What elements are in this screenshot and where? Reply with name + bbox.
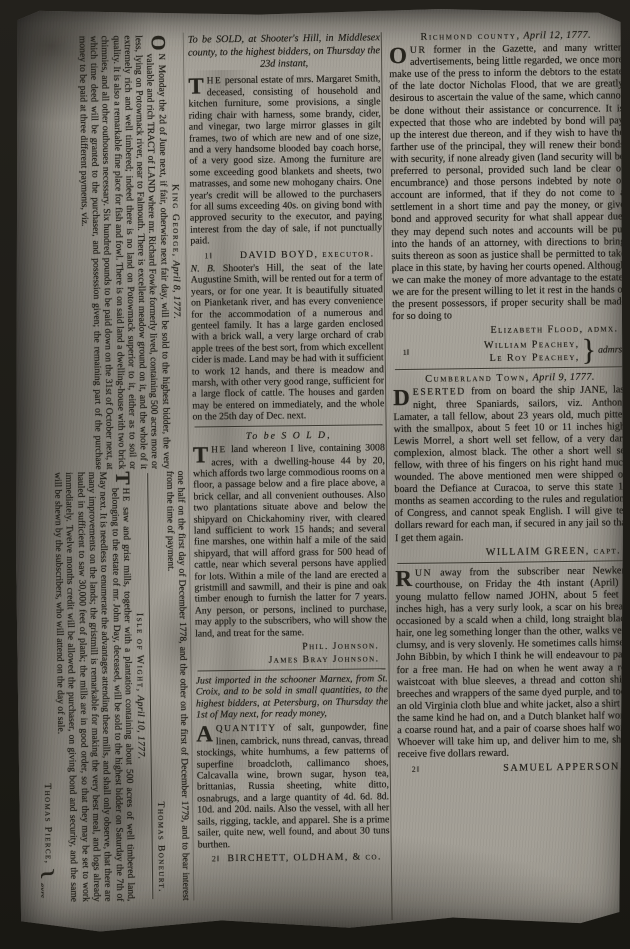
- king-george-date: April 8, 1777.: [170, 258, 182, 320]
- estate-ad-body: THE personal estate of mrs. Margaret Smi…: [188, 73, 382, 247]
- elizabeth-flood-signature: Elizabeth Flood, admx.: [490, 323, 623, 337]
- brace-glyph: }: [581, 338, 596, 364]
- land-ad-signature-line-2: James Bray Johnson.: [195, 654, 387, 668]
- land-ad-signature-line-1: Phil. Johnson.: [195, 640, 387, 654]
- birchett-oldham-signature: BIRCHETT, OLDHAM, & co.: [227, 851, 390, 864]
- printers-mark: 2‖: [212, 853, 220, 865]
- peachey-signers: William Peachey, Le Roy Peachey,: [484, 338, 580, 365]
- cargo-ad-body: AQUANTITY of salt, gunpowder, fine linen…: [196, 722, 390, 851]
- isle-of-wight-lead: HE: [121, 488, 131, 503]
- deserted-notice-body: DESERTED from on board the ship JANE, la…: [393, 385, 623, 545]
- flood-notice-body: OUR former in the Gazette, and many writ…: [389, 42, 623, 323]
- newspaper-scan-canvas: King George, April 8, 1777. ON Monday th…: [0, 0, 630, 949]
- right-column: Richmond county, April 12, 1777. OUR for…: [389, 27, 623, 778]
- executors-label: exrs.: [36, 883, 48, 903]
- dropcap-a: A: [196, 724, 216, 744]
- newspaper-page: King George, April 8, 1777. ON Monday th…: [15, 9, 623, 938]
- green-signature-line: WILLAIM GREEN, capt.: [395, 545, 623, 560]
- cargo-ad-signature-line: 2‖ BIRCHETT, OLDHAM, & co.: [198, 851, 390, 865]
- deserted-notice-lead: ESERTED: [413, 387, 466, 399]
- willaim-green-signature: WILLAIM GREEN, capt.: [486, 545, 623, 559]
- printers-mark: 2‖: [412, 764, 420, 776]
- deserted-notice-text: from on board the ship JANE, last night,…: [393, 385, 623, 544]
- estate-ad-nb: N. B. Shooter's Hill, the seat of the la…: [191, 261, 385, 423]
- apperson-signature-line: 2‖ SAMUEL APPERSON.: [398, 761, 623, 776]
- king-george-signature: Thomas Boneurt.: [155, 802, 168, 901]
- page-content: King George, April 8, 1777. ON Monday th…: [15, 9, 623, 938]
- article-divider: [397, 560, 623, 564]
- cargo-ad-intro: Just imported in the schooner Marnex, fr…: [196, 673, 389, 721]
- shooters-hill-sale-header: To be SOLD, at Shooter's Hill, in Middle…: [188, 32, 380, 72]
- estate-ad-lead: HE: [207, 76, 223, 86]
- dropcap-o: O: [389, 45, 410, 65]
- signer-william-peachey: William Peachey,: [484, 338, 580, 352]
- dropcap-t: T: [113, 471, 131, 488]
- estate-ad-signature-line: 1‖ DAVID BOYD, executor.: [190, 248, 382, 262]
- cargo-ad-lead: QUANTITY: [216, 724, 277, 735]
- article-divider: [395, 367, 623, 371]
- peachey-signature-block: 1‖ William Peachey, Le Roy Peachey, } ad…: [393, 338, 623, 367]
- david-boyd-signature: DAVID BOYD, executor.: [240, 248, 383, 261]
- runaway-notice-text: away from the subscriber near Newkent co…: [396, 565, 623, 760]
- to-be-sold-heading: To be S O L D,: [193, 429, 385, 443]
- rotated-ad-isle-of-wight: one half on the first day of December 17…: [36, 471, 191, 903]
- signer-thomas-pierce: Thomas Pierce,: [41, 783, 55, 864]
- phil-johnson-signature: Phil. Johnson.: [302, 640, 387, 652]
- richmond-date: April 12, 1777.: [521, 30, 592, 42]
- land-ad-lead: HE: [211, 445, 227, 455]
- isle-of-wight-date: April 10, 1777.: [135, 693, 147, 760]
- land-ad-text: land whereon I live, containing 3008 acr…: [193, 442, 387, 639]
- middle-column: To be SOLD, at Shooter's Hill, in Middle…: [188, 32, 390, 867]
- dropcap-t: T: [193, 444, 212, 464]
- king-george-continuation-text: one half on the first day of December 17…: [164, 471, 192, 901]
- samuel-apperson-signature: SAMUEL APPERSON.: [503, 761, 623, 775]
- james-bray-johnson-signature: James Bray Johnson.: [268, 654, 387, 667]
- king-george-continuation: one half on the first day of December 17…: [163, 471, 191, 901]
- admrs-label: admrs.: [598, 345, 623, 357]
- cumberland-place: Cumberland Town,: [425, 373, 530, 385]
- dropcap-d: D: [393, 387, 413, 407]
- signer-le-roy-peachey: Le Roy Peachey,: [484, 351, 580, 365]
- dropcap-o: O: [148, 35, 166, 54]
- article-divider: [195, 424, 383, 427]
- estate-ad-text: personal estate of mrs. Margaret Smith, …: [189, 73, 383, 247]
- rotated-ad-king-george: King George, April 8, 1777. ON Monday th…: [31, 35, 186, 471]
- cargo-ad-text: of salt, gunpowder, fine linen, cambrick…: [196, 722, 389, 850]
- king-george-lead: N: [157, 53, 167, 61]
- flood-notice-text: former in the Gazette, and many written …: [389, 42, 623, 322]
- king-george-body: ON Monday the 2d of June next, if fair, …: [76, 35, 172, 470]
- brace-glyph: }: [36, 866, 55, 881]
- flood-notice-lead: UR: [410, 45, 427, 56]
- article-divider: [198, 668, 386, 671]
- runaway-notice-lead: UN: [415, 567, 432, 578]
- dropcap-t: T: [188, 75, 207, 95]
- isle-of-wight-signers: Thomas Pierce, William Davis,: [36, 783, 55, 864]
- runaway-notice-body: RUN away from the subscriber near Newken…: [395, 565, 623, 761]
- nb-lead: N. B.: [191, 263, 216, 274]
- dropcap-r: R: [395, 568, 415, 588]
- isle-of-wight-place: Isle of Wight,: [134, 613, 146, 693]
- richmond-place: Richmond county,: [420, 31, 520, 43]
- cumberland-date: April 9, 1777.: [530, 372, 595, 384]
- nb-text: Shooter's Hill, the seat of the late Aug…: [191, 261, 385, 423]
- land-ad-body: THE land whereon I live, containing 3008…: [193, 442, 387, 639]
- isle-of-wight-text: saw and grist mills, together with a pla…: [52, 472, 136, 903]
- king-george-text: Monday the 2d of June next, if fair, oth…: [76, 35, 171, 470]
- printers-mark: 1‖: [403, 347, 409, 359]
- printers-mark: 1‖: [204, 250, 212, 262]
- isle-of-wight-body: THE saw and grist mills, together with a…: [52, 471, 136, 902]
- king-george-place: King George,: [170, 184, 182, 258]
